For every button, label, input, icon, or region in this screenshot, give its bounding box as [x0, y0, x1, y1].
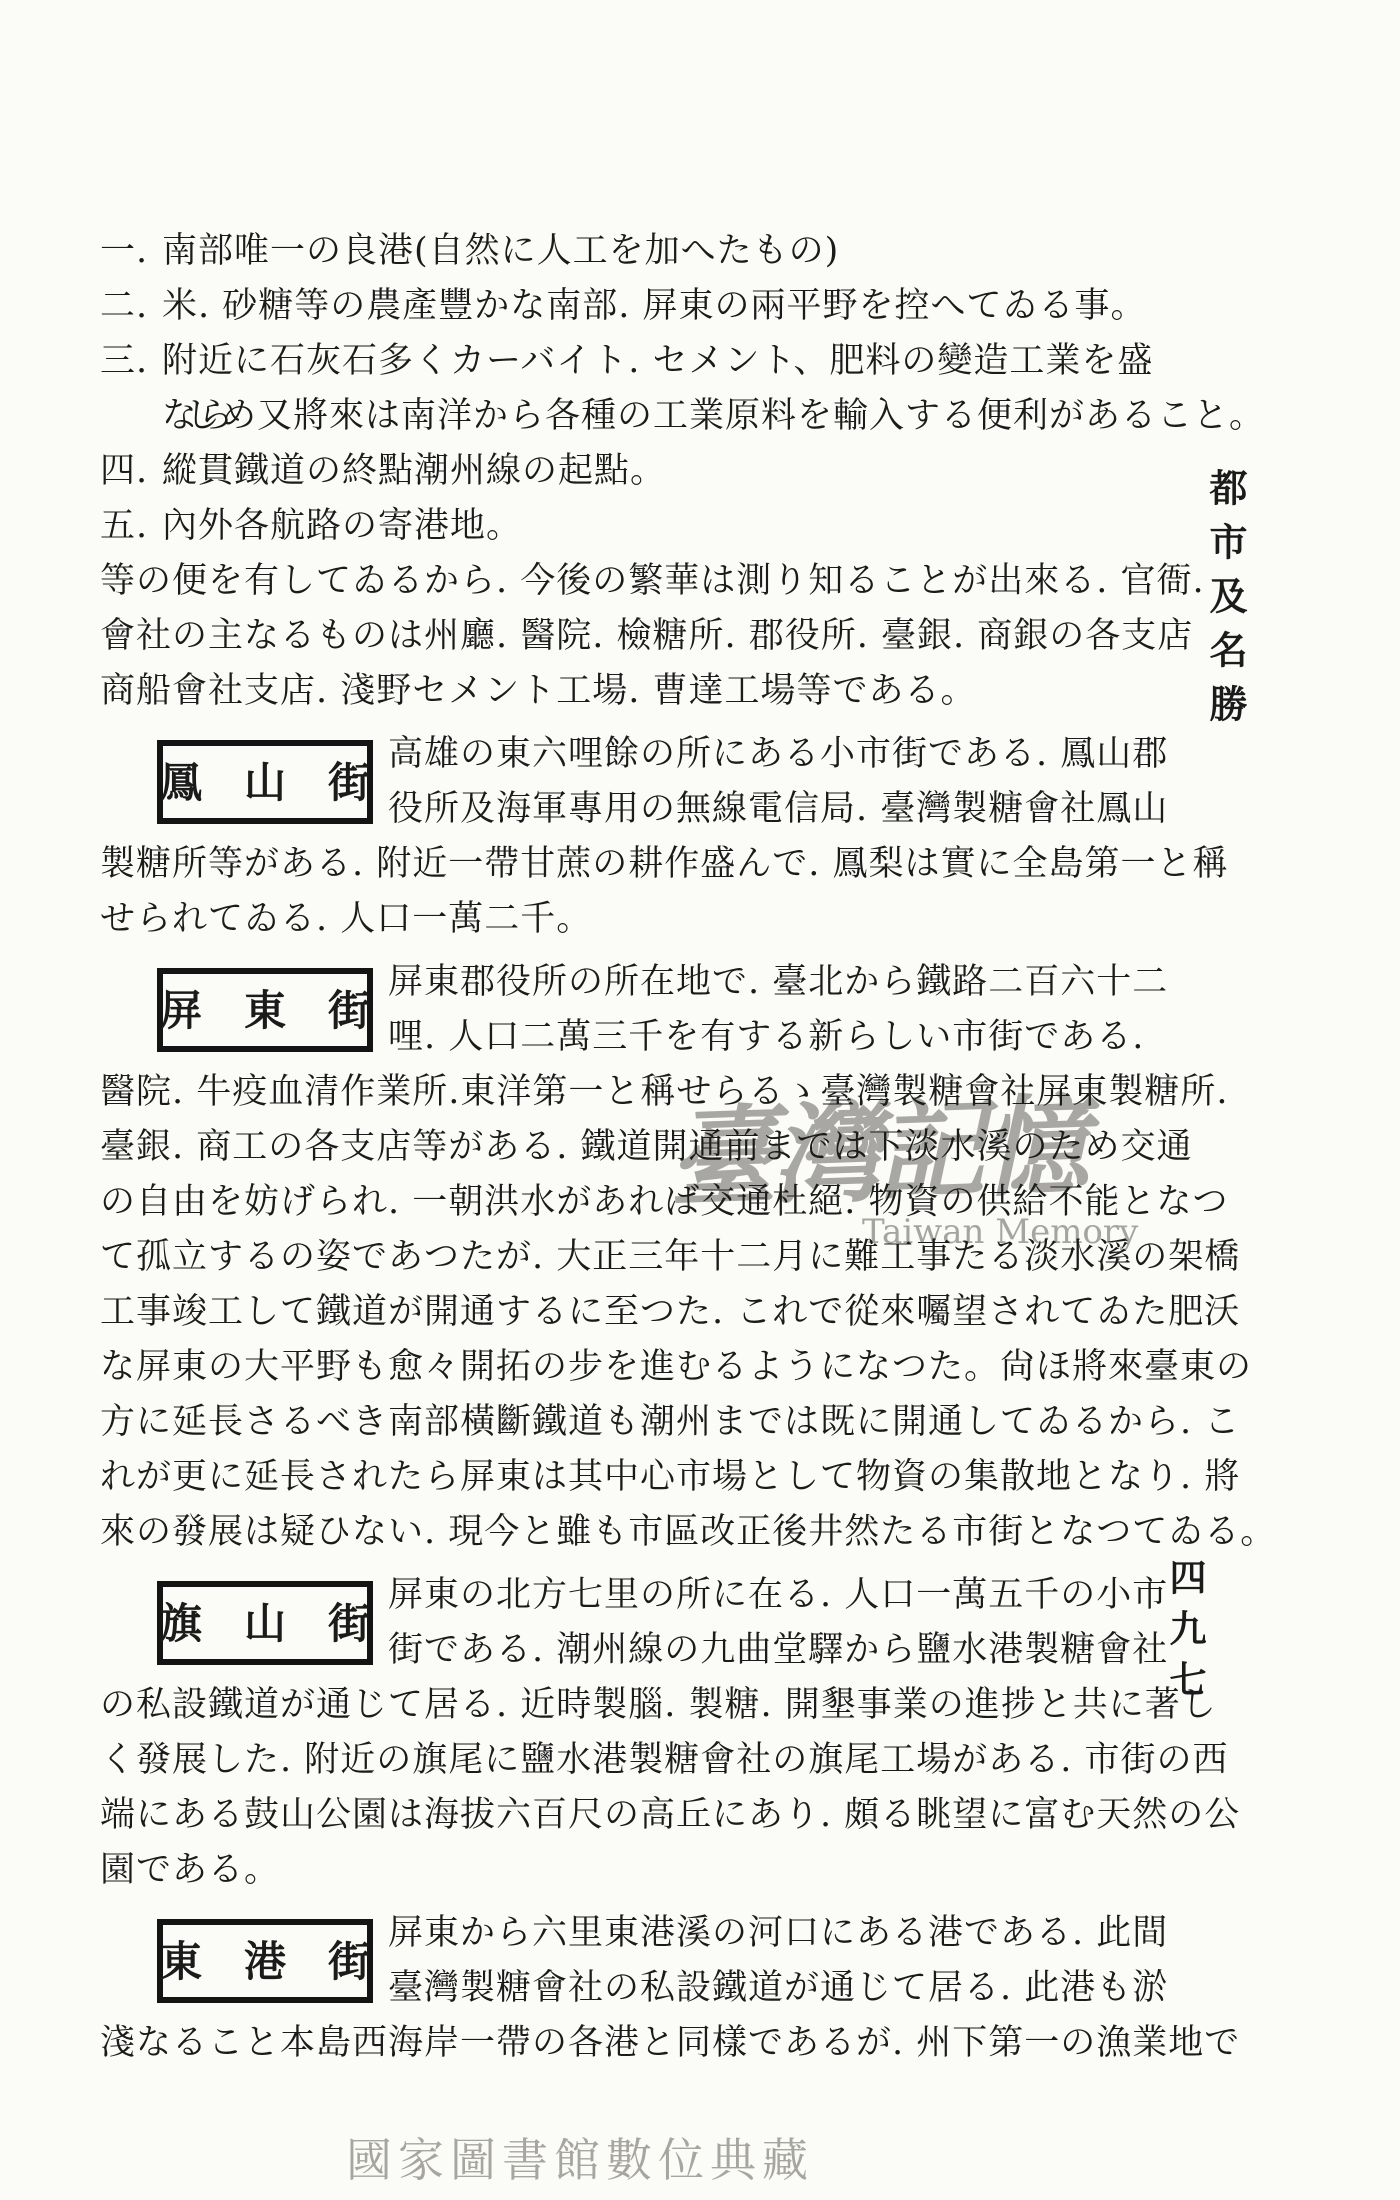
text-line: 屏東郡役所の所在地で. 臺北から鐵路二百六十二 [388, 955, 1168, 1010]
list-item-number: 一. [100, 224, 162, 279]
section-header: 旗山街 屏東の北方七里の所に在る. 人口一萬五千の小市 街である. 潮州線の九曲… [100, 1568, 1166, 1678]
section-header: 東港街 屏東から六里東港溪の河口にある港である. 此間 臺灣製糖會社の私設鐵道が… [100, 1906, 1166, 2016]
list-item-text: 米. 砂糖等の農產豐かな南部. 屏東の兩平野を控へてゐる事。 [162, 279, 1147, 334]
library-watermark: 國家圖書館數位典藏 [0, 2124, 1160, 2190]
text-line: 來の發展は疑ひない. 現今と雖も市區改正後井然たる市街となつてゐる。 [100, 1505, 1166, 1560]
section-kizan: 旗山街 屏東の北方七里の所に在る. 人口一萬五千の小市 街である. 潮州線の九曲… [100, 1568, 1166, 1898]
text-line: 臺銀. 商工の各支店等がある. 鐵道開通前までは下淡水溪のため交通 [100, 1120, 1166, 1175]
text-line: 工事竣工して鐵道が開通するに至つた. これで從來囑望されてゐた肥沃 [100, 1285, 1166, 1340]
text-line: て孤立するの姿であつたが. 大正三年十二月に難工事たる淡水溪の架橋 [100, 1230, 1166, 1285]
section-side-text: 屏東の北方七里の所に在る. 人口一萬五千の小市 街である. 潮州線の九曲堂驛から… [388, 1568, 1168, 1678]
text-line: 園である。 [100, 1843, 1166, 1898]
list-item: 五. 內外各航路の寄港地。 [100, 499, 1166, 554]
list-item: 四. 縱貫鐵道の終點潮州線の起點。 [100, 444, 1166, 499]
text-line: 醫院. 牛疫血清作業所.東洋第一と稱せらるゝ臺灣製糖會社屏東製糖所. [100, 1065, 1166, 1120]
text-line: 哩. 人口二萬三千を有する新らしい市街である. [388, 1010, 1168, 1065]
text-line: れが更に延長されたら屏東は其中心市場として物資の集散地となり. 將 [100, 1450, 1166, 1505]
section-title-box: 東港街 [157, 1919, 373, 2003]
section-side-text: 屏東郡役所の所在地で. 臺北から鐵路二百六十二 哩. 人口二萬三千を有する新らし… [388, 955, 1168, 1065]
list-item-continuation: しめ又將來は南洋から各種の工業原料を輸入する便利があること。 [100, 389, 1166, 444]
text-line: 淺なること本島西海岸一帶の各港と同樣であるが. 州下第一の漁業地で [100, 2016, 1166, 2071]
list-item-text: 縱貫鐵道の終點潮州線の起點。 [162, 444, 666, 499]
list-item-text: 內外各航路の寄港地。 [162, 499, 522, 554]
text-line: 端にある鼓山公園は海拔六百尺の高丘にあり. 頗る眺望に富む天然の公 [100, 1788, 1166, 1843]
list-item-number: 四. [100, 444, 162, 499]
text-line: な屏東の大平野も愈々開拓の步を進むるようになつた。尙ほ將來臺東の [100, 1340, 1166, 1395]
section-title-box: 屏東街 [157, 968, 373, 1052]
text-line: 臺灣製糖會社の私設鐵道が通じて居る. 此港も淤 [388, 1961, 1168, 2016]
text-line: の私設鐵道が通じて居る. 近時製腦. 製糖. 開墾事業の進捗と共に著し [100, 1678, 1166, 1733]
text-line: 高雄の東六哩餘の所にある小市街である. 鳳山郡 [388, 727, 1168, 782]
section-title-box: 旗山街 [157, 1581, 373, 1665]
text-line: 等の便を有してゐるから. 今後の繁華は測り知ることが出來る. 官衙. [100, 554, 1166, 609]
list-item-number: 二. [100, 279, 162, 334]
list-item-number: 三. [100, 334, 162, 389]
list-item: 一. 南部唯一の良港(自然に人工を加へたもの) [100, 224, 1166, 279]
text-line: 製糖所等がある. 附近一帶甘蔗の耕作盛んで. 鳳梨は實に全島第一と稱 [100, 837, 1166, 892]
page-number: 四九七 [1158, 1558, 1212, 1711]
list-item-number: 五. [100, 499, 162, 554]
section-header: 鳳山街 高雄の東六哩餘の所にある小市街である. 鳳山郡 役所及海軍專用の無線電信… [100, 727, 1166, 837]
list-item: 三. 附近に石灰石多くカーバイト. セメント、肥料の變造工業を盛なら [100, 334, 1166, 389]
text-line: 屏東から六里東港溪の河口にある港である. 此間 [388, 1906, 1168, 1961]
text-line: く發展した. 附近の旗尾に鹽水港製糖會社の旗尾工場がある. 市街の西 [100, 1733, 1166, 1788]
section-header: 屏東街 屏東郡役所の所在地で. 臺北から鐵路二百六十二 哩. 人口二萬三千を有す… [100, 955, 1166, 1065]
section-housan: 鳳山街 高雄の東六哩餘の所にある小市街である. 鳳山郡 役所及海軍專用の無線電信… [100, 727, 1166, 947]
text-line: 役所及海軍專用の無線電信局. 臺灣製糖會社鳳山 [388, 782, 1168, 837]
list-item-text: 南部唯一の良港(自然に人工を加へたもの) [162, 224, 839, 279]
page-body: 一. 南部唯一の良港(自然に人工を加へたもの) 二. 米. 砂糖等の農產豐かな南… [100, 224, 1166, 2071]
text-line: 方に延長さるべき南部橫斷鐵道も潮州までは既に開通してゐるから. こ [100, 1395, 1166, 1450]
list-item-text: 附近に石灰石多くカーバイト. セメント、肥料の變造工業を盛なら [162, 334, 1166, 389]
list-item: 二. 米. 砂糖等の農產豐かな南部. 屏東の兩平野を控へてゐる事。 [100, 279, 1166, 334]
text-line: 屏東の北方七里の所に在る. 人口一萬五千の小市 [388, 1568, 1168, 1623]
scanned-book-page: 臺灣記憶 Taiwan Memory 一. 南部唯一の良港(自然に人工を加へたも… [0, 0, 1400, 2200]
section-side-text: 屏東から六里東港溪の河口にある港である. 此間 臺灣製糖會社の私設鐵道が通じて居… [388, 1906, 1168, 2016]
section-side-text: 高雄の東六哩餘の所にある小市街である. 鳳山郡 役所及海軍專用の無線電信局. 臺… [388, 727, 1168, 837]
section-toko: 東港街 屏東から六里東港溪の河口にある港である. 此間 臺灣製糖會社の私設鐵道が… [100, 1906, 1166, 2071]
text-line: 商船會社支店. 淺野セメント工場. 曹達工場等である。 [100, 664, 1166, 719]
text-line: 街である. 潮州線の九曲堂驛から鹽水港製糖會社 [388, 1623, 1168, 1678]
margin-chapter-label: 都市及名勝 [1198, 468, 1253, 738]
text-line: せられてゐる. 人口一萬二千。 [100, 892, 1166, 947]
text-line: 會社の主なるものは州廳. 醫院. 檢糖所. 郡役所. 臺銀. 商銀の各支店 [100, 609, 1166, 664]
section-heito: 屏東街 屏東郡役所の所在地で. 臺北から鐵路二百六十二 哩. 人口二萬三千を有す… [100, 955, 1166, 1560]
section-title-box: 鳳山街 [157, 740, 373, 824]
text-line: の自由を妨げられ. 一朝洪水があれば交通杜絕. 物資の供給不能となつ [100, 1175, 1166, 1230]
